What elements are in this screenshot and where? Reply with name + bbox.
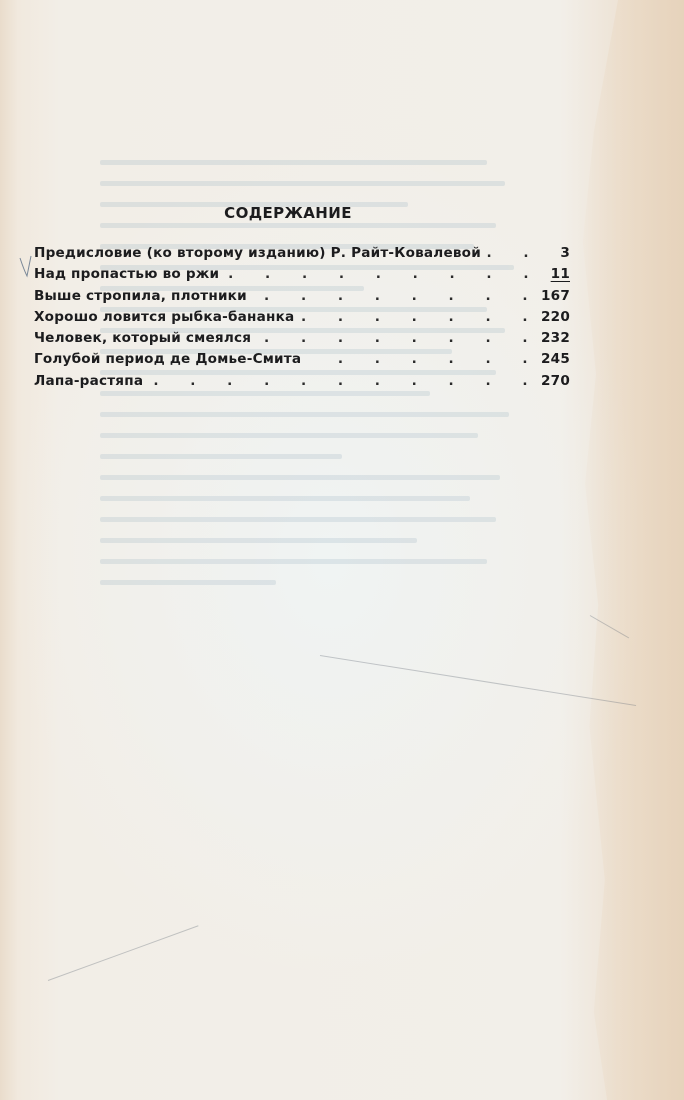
toc-entry-title: Человек, который смеялся — [34, 330, 257, 346]
table-of-contents: СОДЕРЖАНИЕ Предисловие (ко второму издан… — [34, 204, 570, 394]
toc-page-number: 220 — [541, 309, 570, 325]
book-page: СОДЕРЖАНИЕ Предисловие (ко второму издан… — [0, 0, 684, 1100]
toc-leader-dots: . . — [487, 245, 542, 261]
toc-entry: Выше стропила, плотники . . . . . . . . … — [34, 288, 570, 309]
toc-leader-dots: . . . . . . . . . . . . . — [257, 330, 541, 346]
toc-entry: Над пропастью во ржи . . . . . . . . . .… — [34, 266, 570, 287]
pencil-checkmark-icon — [18, 252, 32, 280]
toc-page-number: 167 — [541, 288, 570, 304]
toc-page-number: 245 — [541, 351, 570, 367]
pencil-scratch — [48, 925, 199, 981]
toc-page-number: 3 — [542, 245, 570, 261]
toc-entry-title: Лапа-растяпа — [34, 373, 149, 389]
toc-entry: Голубой период де Домье-Смита . . . . . … — [34, 351, 570, 372]
toc-leader-dots: . . . . . . . . . . . — [300, 309, 541, 325]
toc-entry: Предисловие (ко второму изданию) Р. Райт… — [34, 245, 570, 266]
toc-page-number: 270 — [541, 373, 570, 389]
toc-page-number: 11 — [542, 266, 570, 282]
toc-entry: Хорошо ловится рыбка-бананка . . . . . .… — [34, 309, 570, 330]
toc-title: СОДЕРЖАНИЕ — [34, 204, 570, 222]
toc-leader-dots: . . . . . . . . . . . . . — [253, 288, 541, 304]
toc-leader-dots: . . . . . . . . . . — [307, 351, 541, 367]
toc-leader-dots: . . . . . . . . . . . . . . : . : — [149, 373, 541, 389]
toc-entry-title: Хорошо ловится рыбка-бананка — [34, 309, 300, 325]
page-stain — [574, 0, 684, 1100]
toc-entry-title: Над пропастью во ржи — [34, 266, 225, 282]
toc-entry-title: Выше стропила, плотники — [34, 288, 253, 304]
toc-page-number: 232 — [541, 330, 570, 346]
toc-leader-dots: . . . . . . . . . . . . . . — [225, 266, 542, 282]
toc-entry-title: Голубой период де Домье-Смита — [34, 351, 307, 367]
toc-entry: Лапа-растяпа . . . . . . . . . . . . . .… — [34, 373, 570, 394]
toc-entry: Человек, который смеялся . . . . . . . .… — [34, 330, 570, 351]
toc-entry-title: Предисловие (ко второму изданию) Р. Райт… — [34, 245, 487, 261]
